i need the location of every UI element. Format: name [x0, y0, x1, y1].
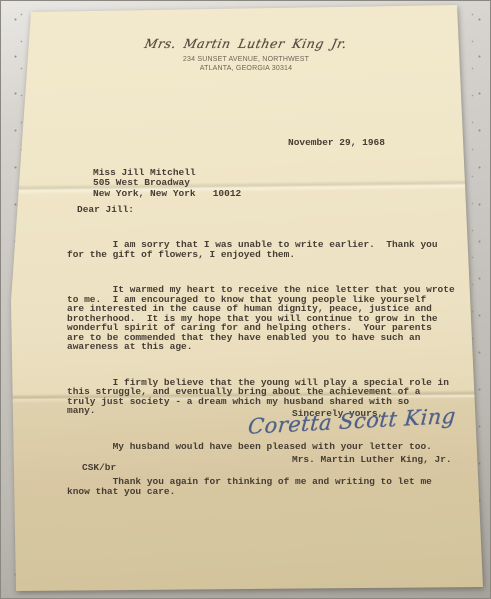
- letter-photo: Mrs. Martin Luther King Jr. 234 SUNSET A…: [0, 0, 491, 599]
- typed-line: New York, New York 10012: [93, 189, 241, 199]
- paper-shadow: Mrs. Martin Luther King Jr. 234 SUNSET A…: [1, 1, 490, 598]
- typed-line: My husband would have been pleased with …: [67, 442, 467, 452]
- typed-line: truly just society - a dream which my hu…: [67, 397, 467, 407]
- letter-date: November 29, 1968: [288, 137, 385, 148]
- paragraph-4: My husband would have been pleased with …: [67, 442, 467, 452]
- letterhead-city: ATLANTA, GEORGIA 30314: [96, 65, 396, 72]
- letter-paper: Mrs. Martin Luther King Jr. 234 SUNSET A…: [1, 1, 490, 598]
- typed-line: know that you care.: [67, 487, 467, 497]
- fold-crease-top: [1, 179, 490, 195]
- typed-line: awareness at this age.: [67, 342, 467, 352]
- letterhead-street: 234 SUNSET AVENUE, NORTHWEST: [96, 56, 396, 63]
- paragraph-5: Thank you again for thinking of me and w…: [67, 477, 467, 496]
- recipient-address: Miss Jill Mitchell505 West BroadwayNew Y…: [93, 168, 241, 199]
- salutation: Dear Jill:: [77, 204, 134, 215]
- paragraph-1: I am sorry that I was unable to write ea…: [67, 240, 467, 259]
- letterhead-name: Mrs. Martin Luther King Jr.: [94, 36, 397, 51]
- letter-body: I am sorry that I was unable to write ea…: [67, 221, 467, 522]
- typist-initials: CSK/br: [82, 462, 116, 473]
- paragraph-2: It warmed my heart to receive the nice l…: [67, 285, 467, 352]
- typed-signature-name: Mrs. Martin Luther King, Jr.: [292, 454, 452, 465]
- typed-line: for the gift of flowers, I enjoyed them.: [67, 250, 467, 260]
